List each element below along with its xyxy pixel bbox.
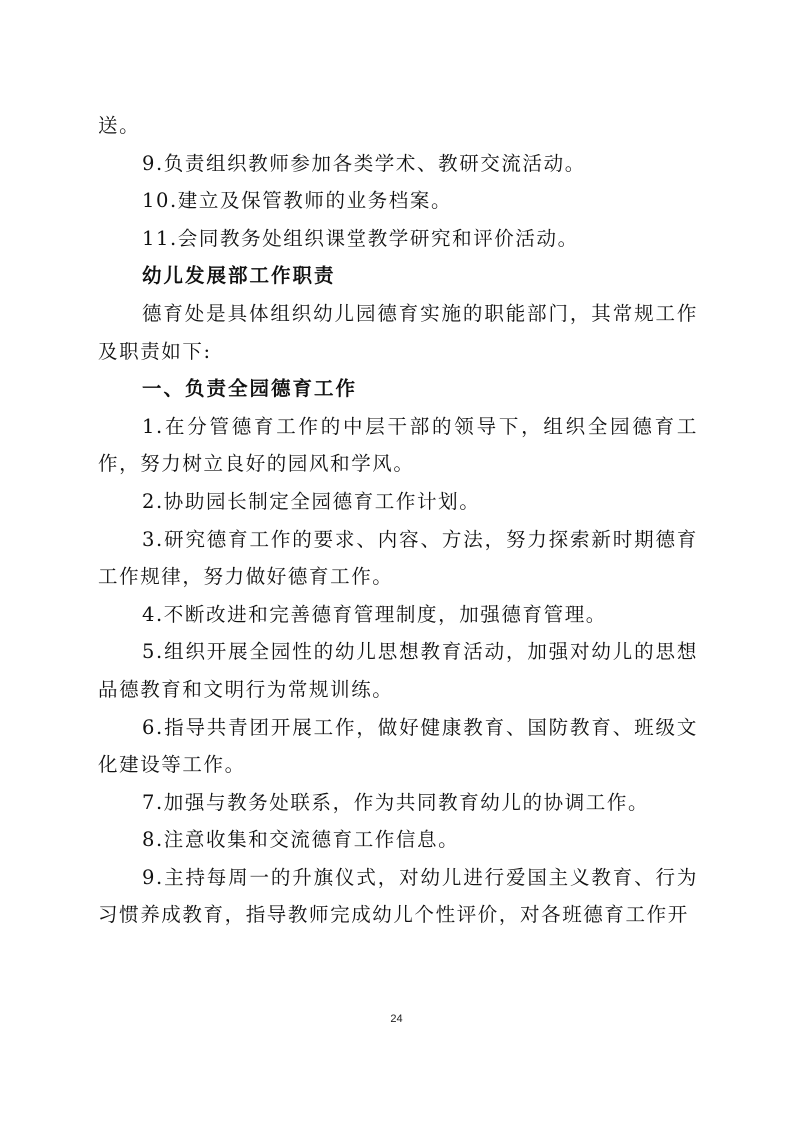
- section-intro: 德育处是具体组织幼儿园德育实施的职能部门，其常规工作及职责如下:: [98, 295, 698, 370]
- paragraph-continuation: 送。: [98, 107, 698, 145]
- duty-item-4: 4.不断改进和完善德育管理制度，加强德育管理。: [98, 596, 698, 634]
- duty-item-1: 1.在分管德育工作的中层干部的领导下，组织全园德育工作，努力树立良好的园风和学风…: [98, 408, 698, 483]
- paragraph-item-10: 10.建立及保管教师的业务档案。: [98, 182, 698, 220]
- page-number: 24: [0, 1013, 793, 1025]
- duty-item-8: 8.注意收集和交流德育工作信息。: [98, 821, 698, 859]
- duty-item-7: 7.加强与教务处联系，作为共同教育幼儿的协调工作。: [98, 784, 698, 822]
- duty-item-2: 2.协助园长制定全园德育工作计划。: [98, 483, 698, 521]
- section-heading: 幼儿发展部工作职责: [98, 257, 698, 295]
- duty-item-6: 6.指导共青团开展工作，做好健康教育、国防教育、班级文化建设等工作。: [98, 709, 698, 784]
- subsection-heading: 一、负责全园德育工作: [98, 370, 698, 408]
- duty-item-5: 5.组织开展全园性的幼儿思想教育活动，加强对幼儿的思想品德教育和文明行为常规训练…: [98, 633, 698, 708]
- document-page: 送。 9.负责组织教师参加各类学术、教研交流活动。 10.建立及保管教师的业务档…: [98, 107, 698, 934]
- duty-item-3: 3.研究德育工作的要求、内容、方法，努力探索新时期德育工作规律，努力做好德育工作…: [98, 521, 698, 596]
- paragraph-item-9: 9.负责组织教师参加各类学术、教研交流活动。: [98, 145, 698, 183]
- paragraph-item-11: 11.会同教务处组织课堂教学研究和评价活动。: [98, 220, 698, 258]
- duty-item-9: 9.主持每周一的升旗仪式，对幼儿进行爱国主义教育、行为习惯养成教育，指导教师完成…: [98, 859, 698, 934]
